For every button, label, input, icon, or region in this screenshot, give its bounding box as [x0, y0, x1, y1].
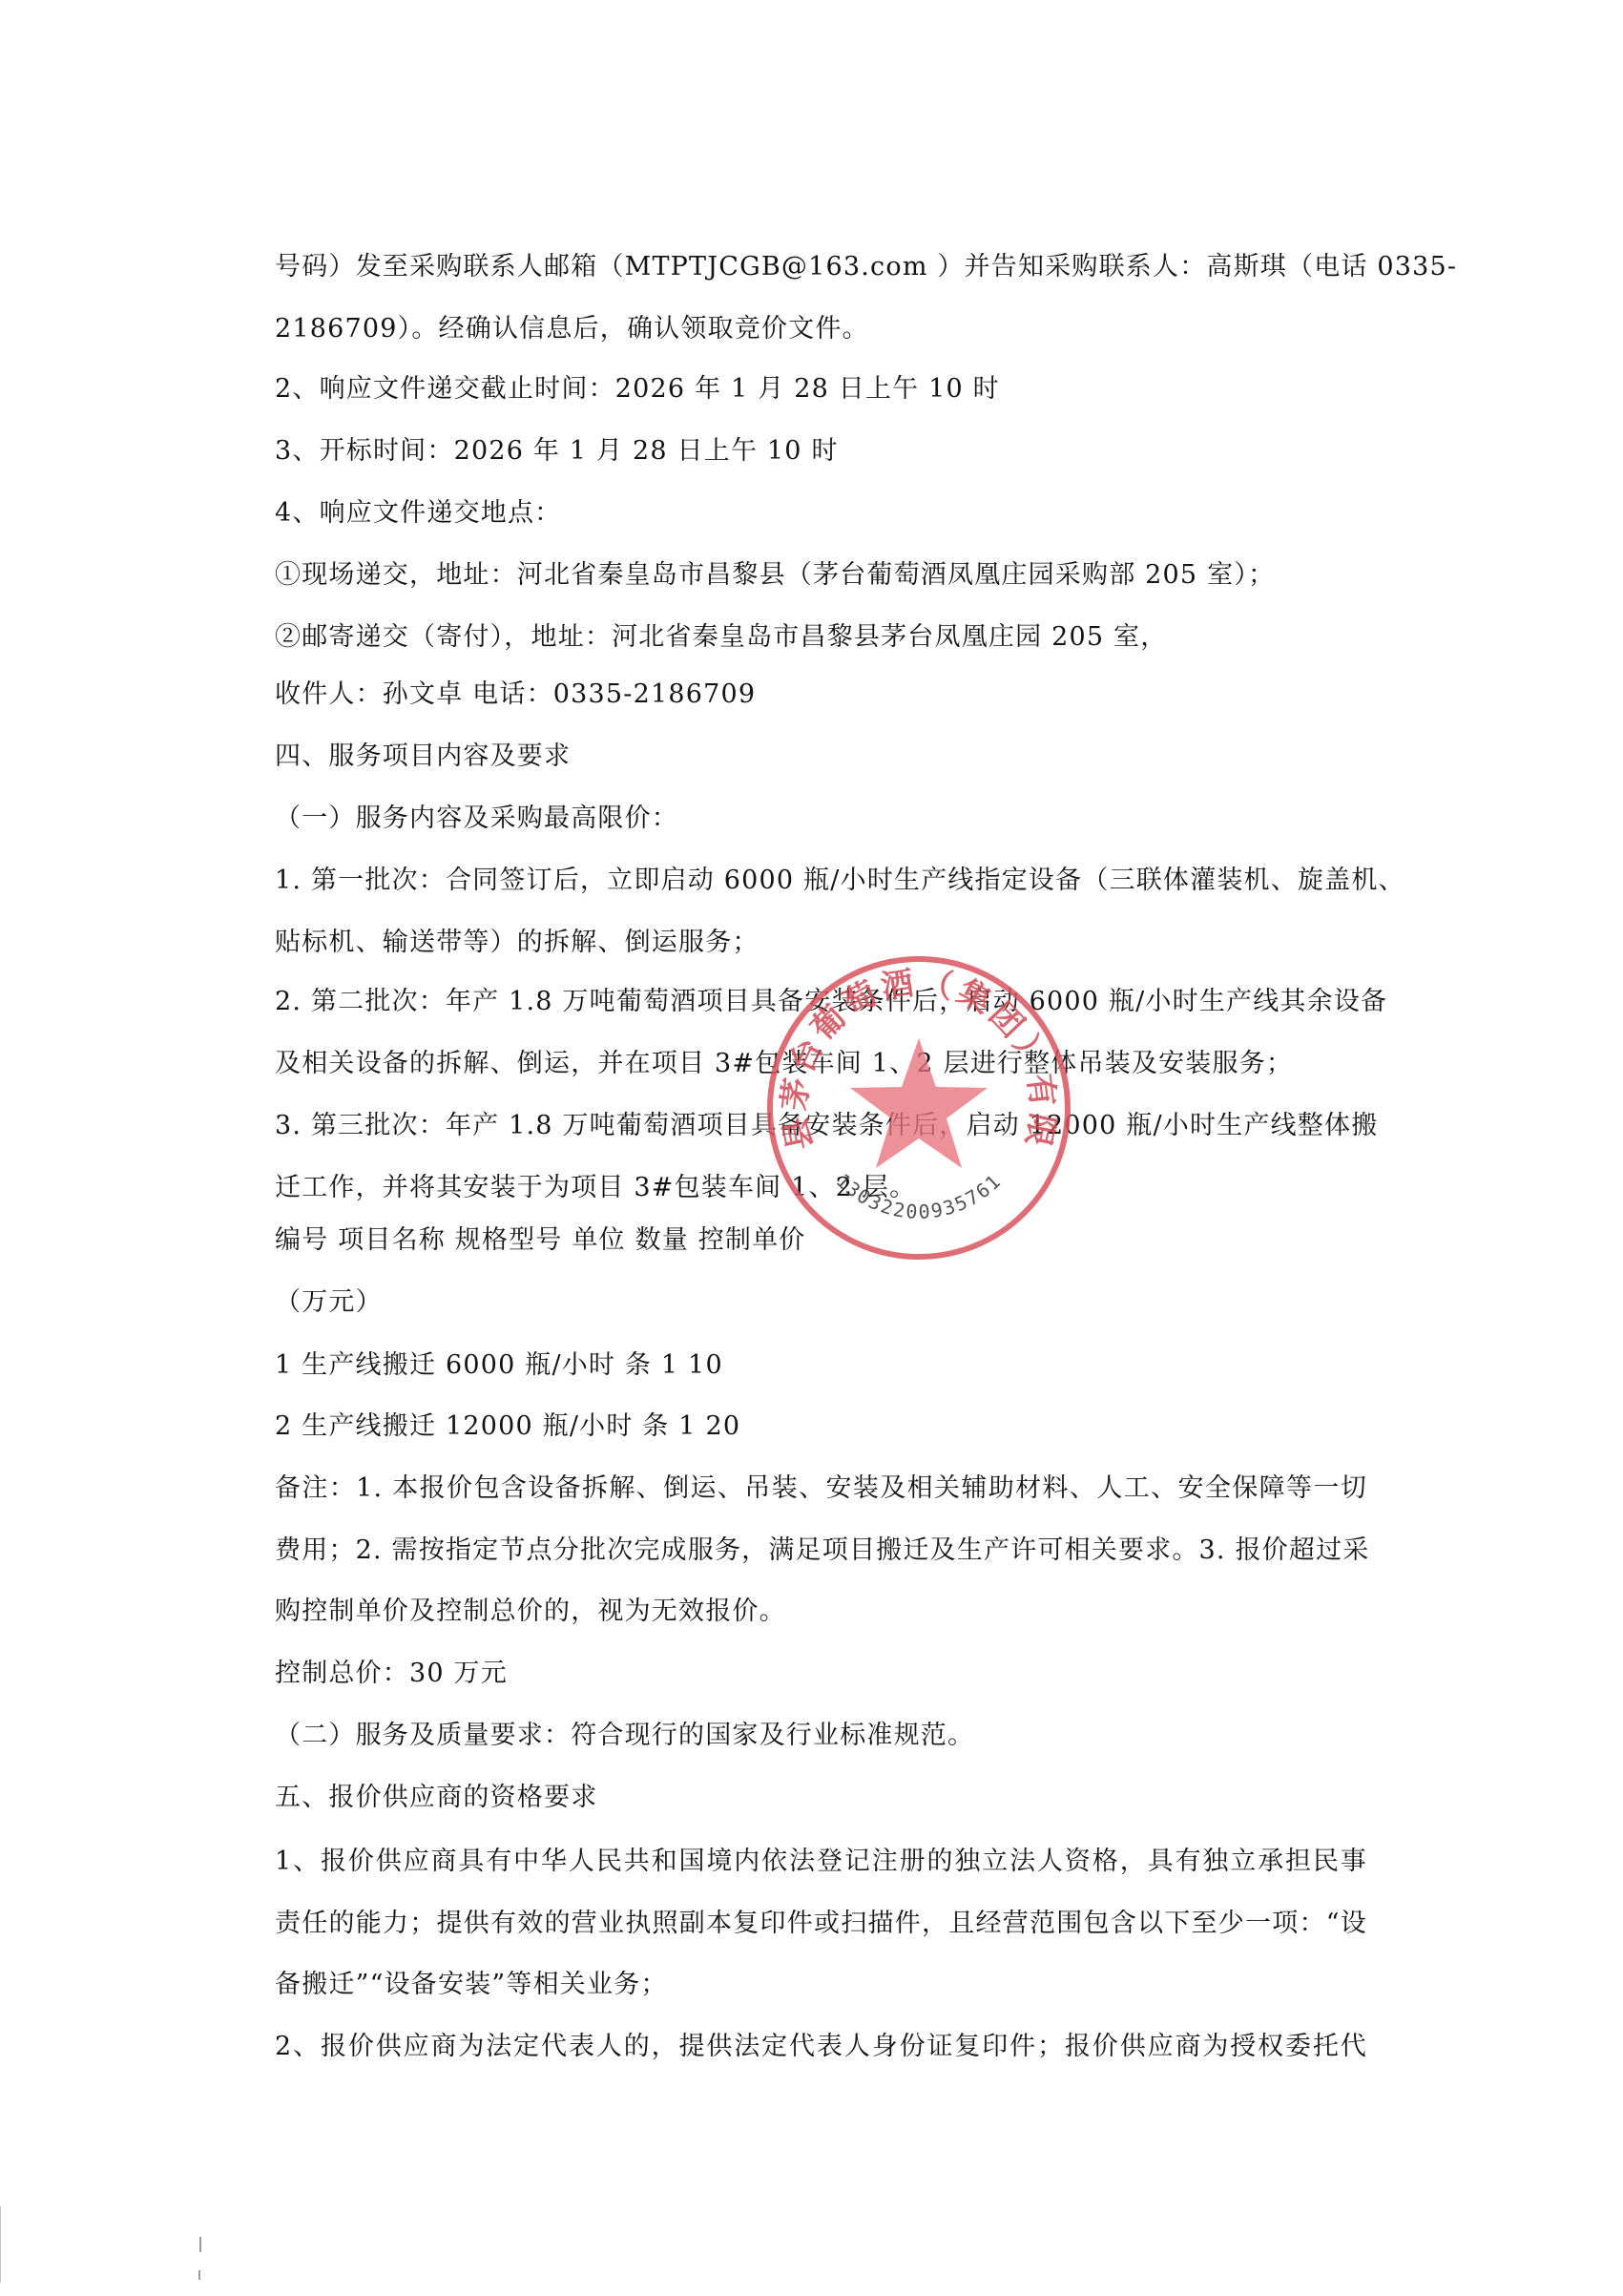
text-line: 2 生产线搬迁 12000 瓶/小时 条 1 20: [275, 1410, 1367, 1443]
text-line: 2186709）。经确认信息后，确认领取竞价文件。: [275, 313, 1367, 345]
text-line: 1 生产线搬迁 6000 瓶/小时 条 1 10: [275, 1349, 1367, 1382]
text-line: 2. 第二批次：年产 1.8 万吨葡萄酒项目具备安装条件后，启动 6000 瓶/…: [275, 986, 1367, 1018]
text-line: （一）服务内容及采购最高限价：: [275, 803, 1367, 835]
text-line: （万元）: [275, 1286, 1367, 1319]
scan-edge-mark: [0, 2206, 1, 2283]
text-line: 及相关设备的拆解、倒运，并在项目 3#包装车间 1、2 层进行整体吊装及安装服务…: [275, 1048, 1367, 1080]
text-line: 编号 项目名称 规格型号 单位 数量 控制单价: [275, 1224, 1367, 1257]
text-line: 2、响应文件递交截止时间：2026 年 1 月 28 日上午 10 时: [275, 373, 1367, 406]
text-line: 号码）发至采购联系人邮箱（MTPTJCGB@163.com ）并告知采购联系人：…: [275, 251, 1367, 283]
text-line: 1、报价供应商具有中华人民共和国境内依法登记注册的独立法人资格，具有独立承担民事: [275, 1846, 1367, 1878]
text-line: 2、报价供应商为法定代表人的，提供法定代表人身份证复印件；报价供应商为授权委托代: [275, 2031, 1367, 2063]
text-line: 四、服务项目内容及要求: [275, 741, 1367, 773]
text-line: 1. 第一批次：合同签订后，立即启动 6000 瓶/小时生产线指定设备（三联体灌…: [275, 865, 1367, 897]
text-line: ①现场递交，地址：河北省秦皇岛市昌黎县（茅台葡萄酒凤凰庄园采购部 205 室）；: [275, 559, 1367, 592]
text-line: 购控制单价及控制总价的，视为无效报价。: [275, 1596, 1367, 1628]
text-line: ②邮寄递交（寄付），地址：河北省秦皇岛市昌黎县茅台凤凰庄园 205 室，: [275, 621, 1367, 654]
text-line: （二）服务及质量要求：符合现行的国家及行业标准规范。: [275, 1720, 1367, 1752]
scan-mark: [198, 2270, 200, 2280]
text-line: 迁工作，并将其安装于为项目 3#包装车间 1、2 层。: [275, 1172, 1367, 1204]
text-line: 费用；2. 需按指定节点分批次完成服务，满足项目搬迁及生产许可相关要求。3. 报…: [275, 1534, 1367, 1567]
scan-mark: [199, 2237, 201, 2252]
text-line: 3、开标时间：2026 年 1 月 28 日上午 10 时: [275, 435, 1367, 468]
text-line: 五、报价供应商的资格要求: [275, 1782, 1367, 1814]
text-line: 贴标机、输送带等）的拆解、倒运服务；: [275, 927, 1367, 959]
text-line: 控制总价：30 万元: [275, 1658, 1367, 1690]
text-line: 备搬迁”“设备安装”等相关业务；: [275, 1969, 1367, 2001]
document-page: 号码）发至采购联系人邮箱（MTPTJCGB@163.com ）并告知采购联系人：…: [0, 0, 1623, 2296]
text-line: 收件人：孙文卓 电话：0335-2186709: [275, 678, 1367, 711]
text-line: 责任的能力；提供有效的营业执照副本复印件或扫描件，且经营范围包含以下至少一项：“…: [275, 1908, 1367, 1940]
text-line: 3. 第三批次：年产 1.8 万吨葡萄酒项目具备安装条件后，启动 12000 瓶…: [275, 1110, 1367, 1142]
text-line: 4、响应文件递交地点：: [275, 497, 1367, 530]
text-line: 备注：1. 本报价包含设备拆解、倒运、吊装、安装及相关辅助材料、人工、安全保障等…: [275, 1472, 1367, 1505]
